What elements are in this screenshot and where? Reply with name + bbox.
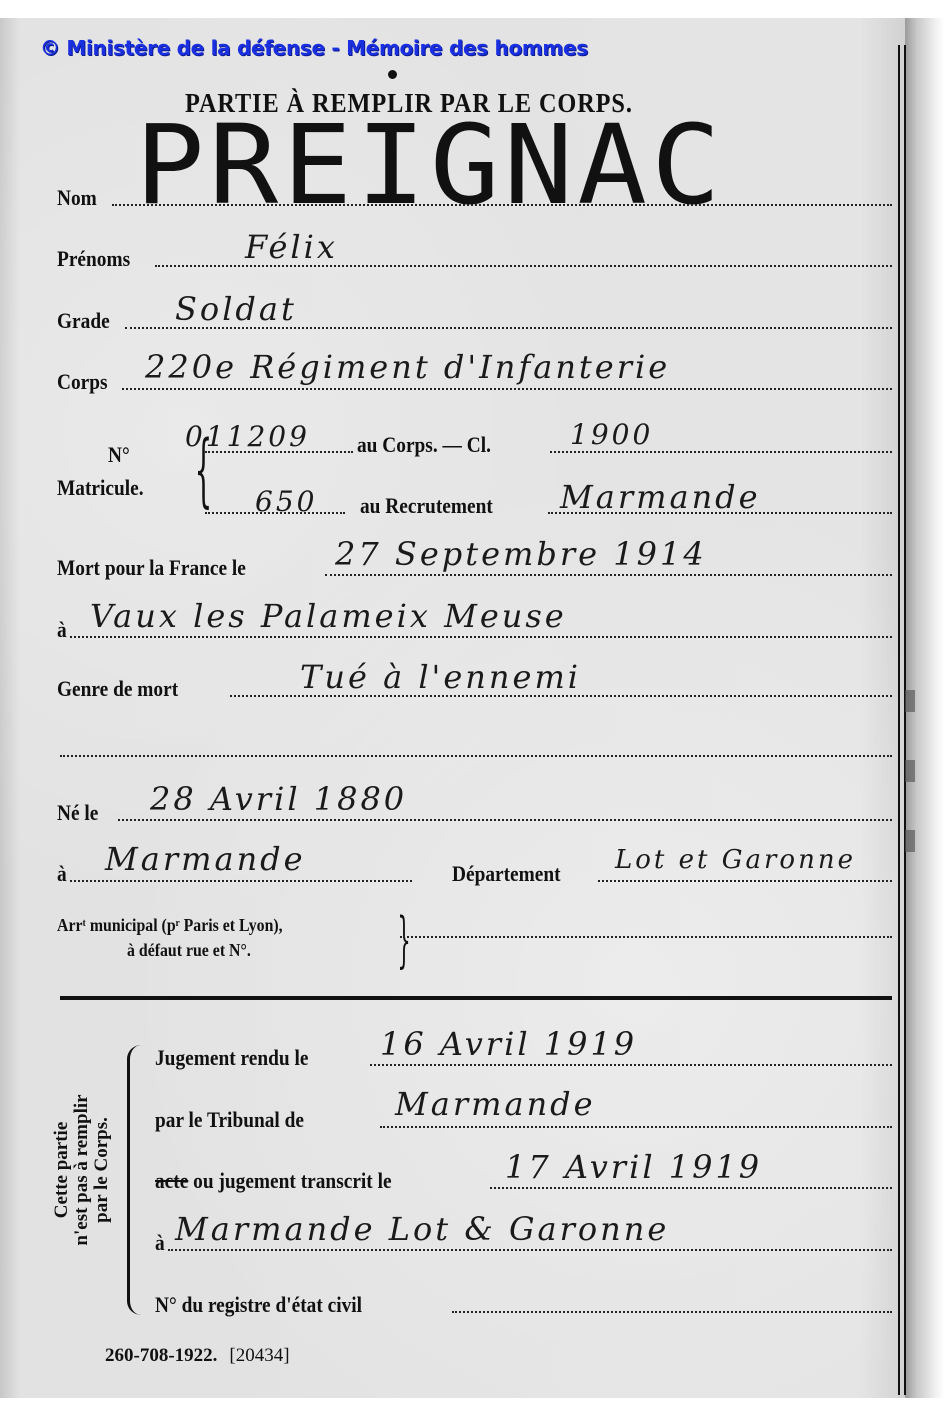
jugement-rendu-dotted-line [370, 1064, 892, 1066]
matricule-label-no: N° [108, 442, 130, 468]
reference-number: [20434] [229, 1345, 289, 1366]
lieu-naissance-dotted-line [70, 880, 412, 882]
transcrit-label-text: ou jugement transcrit le [193, 1168, 391, 1193]
lieu-transcription-dotted-line [168, 1249, 892, 1251]
corps-dotted-line [122, 388, 892, 390]
registre-dotted-line [452, 1311, 892, 1313]
transcrit-struck-label: acte [155, 1168, 188, 1193]
arrondissement-brace: } [397, 905, 410, 975]
transcrit-dotted-line [490, 1187, 892, 1189]
matricule-recrutement-number: 650 [255, 485, 317, 518]
au-recrutement-label: au Recrutement [360, 493, 493, 519]
side-note-line-1: Cette partie [52, 1040, 72, 1300]
prenoms-value: Félix [245, 228, 338, 266]
departement-dotted-line [598, 880, 892, 882]
copyright-watermark: © Ministère de la défense - Mémoire des … [40, 36, 588, 60]
bullet-mark [388, 70, 397, 79]
edge-mark [905, 690, 915, 712]
tribunal-value: Marmande [395, 1085, 596, 1123]
lieu-deces-label: à [57, 617, 67, 643]
blank-dotted-line [60, 755, 892, 757]
grade-label: Grade [57, 308, 110, 334]
classe-value: 1900 [570, 418, 653, 451]
transcrit-label: acte ou jugement transcrit le [155, 1168, 392, 1194]
lieu-transcription-label: à [155, 1230, 165, 1256]
ne-le-label: Né le [57, 800, 98, 826]
transcrit-value: 17 Avril 1919 [505, 1148, 762, 1186]
genre-mort-label: Genre de mort [57, 676, 178, 702]
corps-value: 220e Régiment d'Infanterie [145, 348, 670, 386]
lieu-deces-dotted-line [70, 636, 892, 638]
registre-label: N° du registre d'état civil [155, 1292, 362, 1318]
jugement-rendu-value: 16 Avril 1919 [380, 1025, 637, 1063]
edge-mark [905, 830, 915, 852]
side-note-line-3: par le Corps. [92, 1040, 112, 1300]
recrutement-place: Marmande [560, 478, 761, 516]
arrondissement-label-1: Arrᵗ municipal (pʳ Paris et Lyon), [57, 915, 283, 936]
mort-label: Mort pour la France le [57, 555, 246, 581]
border-line-inner [904, 45, 906, 1395]
matricule-corps-number: 011209 [185, 420, 310, 453]
side-note: Cette partie n'est pas à remplir par le … [52, 1040, 112, 1300]
print-code: 260-708-1922. [105, 1345, 217, 1366]
lieu-deces-value: Vaux les Palameix Meuse [90, 597, 567, 635]
genre-mort-value: Tué à l'ennemi [300, 658, 581, 696]
departement-value: Lot et Garonne [615, 845, 856, 875]
lieu-transcription-value: Marmande Lot & Garonne [175, 1210, 669, 1248]
print-footer: 260-708-1922.[20434] [105, 1345, 290, 1367]
nom-label: Nom [57, 185, 97, 211]
prenoms-label: Prénoms [57, 246, 130, 272]
nom-dotted-line [112, 204, 892, 206]
corps-label: Corps [57, 369, 108, 395]
side-note-line-2: n'est pas à remplir [72, 1040, 92, 1300]
departement-label: Département [452, 861, 561, 887]
edge-mark [905, 760, 915, 782]
ne-le-value: 28 Avril 1880 [150, 780, 407, 818]
classe-dotted-line [550, 451, 892, 453]
tribunal-label: par le Tribunal de [155, 1107, 304, 1133]
tribunal-dotted-line [380, 1126, 892, 1128]
arrondissement-label-2: à défaut rue et N°. [127, 940, 251, 961]
mort-dotted-line [325, 574, 892, 576]
matricule-label: Matricule. [57, 475, 144, 501]
ne-le-dotted-line [118, 819, 892, 821]
arrondissement-dotted-line [400, 936, 892, 938]
lieu-naissance-value: Marmande [105, 840, 306, 878]
au-corps-label: au Corps. — Cl. [357, 432, 491, 458]
judgment-brace [127, 1045, 144, 1315]
grade-value: Soldat [175, 290, 297, 328]
jugement-rendu-label: Jugement rendu le [155, 1045, 308, 1071]
mort-date: 27 Septembre 1914 [335, 535, 707, 573]
lieu-naissance-label: à [57, 861, 67, 887]
border-line-outer [898, 45, 900, 1395]
section-divider [60, 996, 892, 1000]
